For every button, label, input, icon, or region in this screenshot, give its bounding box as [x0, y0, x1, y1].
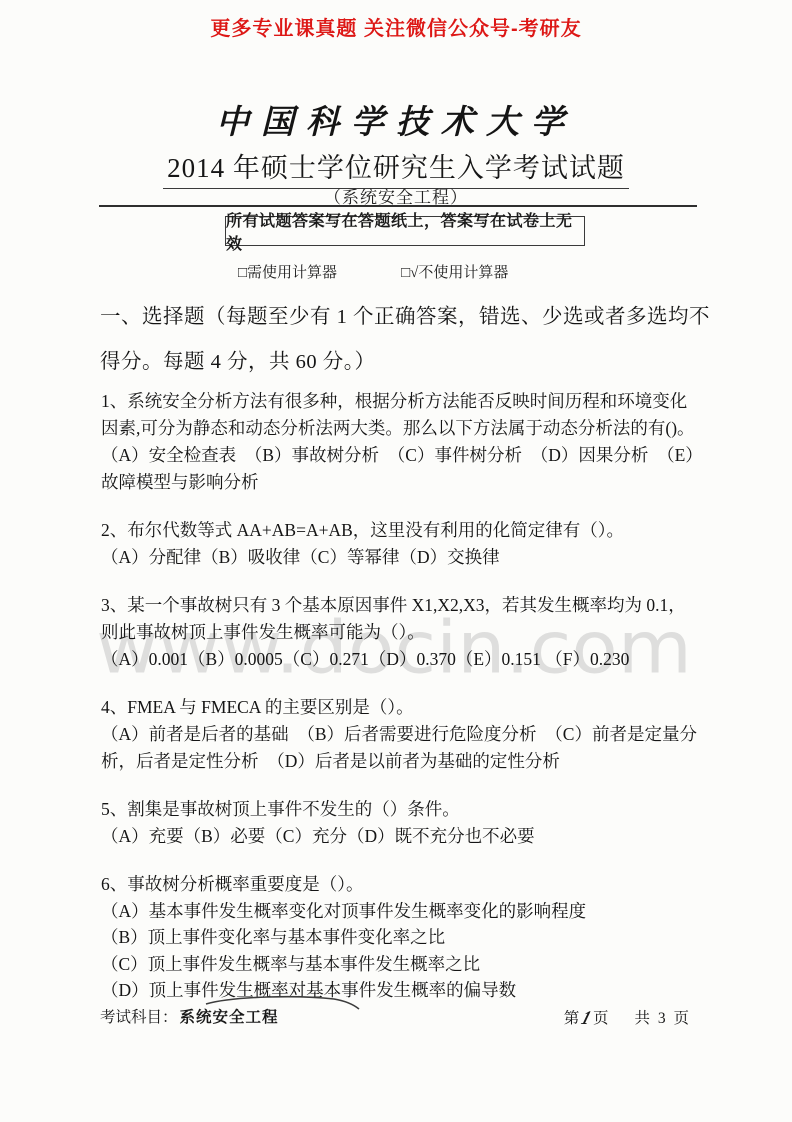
promo-banner: 更多专业课真题 关注微信公众号-考研友 [0, 12, 792, 41]
page-number: 1 [579, 1008, 594, 1031]
question-4-line: 4、FMEA 与 FMECA 的主要区别是（）。 [101, 694, 701, 721]
question-6-option-d: （D）顶上事件发生概率对基本事件发生概率的偏导数 [101, 977, 701, 1004]
page-footer: 考试科目：系统安全工程 第1页共 3 页 [100, 1005, 696, 1035]
question-6-option-b: （B）顶上事件变化率与基本事件变化率之比 [101, 924, 701, 951]
question-2-line: 2、布尔代数等式 AA+AB=A+AB，这里没有利用的化简定律有（）。 [101, 517, 701, 544]
question-2: 2、布尔代数等式 AA+AB=A+AB，这里没有利用的化简定律有（）。 （A）分… [101, 517, 701, 571]
question-3-line: 3、某一个事故树只有 3 个基本原因事件 X1,X2,X3，若其发生概率均为 0… [101, 592, 701, 619]
section-heading-line2: 得分。每题 4 分，共 60 分。） [100, 340, 700, 385]
calc-required-option: □需使用计算器 [238, 261, 337, 282]
notice-text: 所有试题答案写在答题纸上，答案写在试卷上无效 [226, 208, 584, 254]
question-1: 1、系统安全分析方法有很多种，根据分析方法能否反映时间历程和环境变化 因素,可分… [101, 388, 701, 496]
question-6-option-a: （A）基本事件发生概率变化对顶事件发生概率变化的影响程度 [101, 898, 701, 925]
question-1-options: （A）安全检查表 （B）事故树分析 （C）事件树分析 （D）因果分析 （E） [101, 442, 701, 469]
page-indicator: 第1页共 3 页 [564, 1006, 691, 1028]
question-4-options-cont: 析，后者是定性分析 （D）后者是以前者为基础的定性分析 [101, 748, 701, 775]
university-title: 中国科学技术大学 [0, 96, 792, 143]
question-5-line: 5、割集是事故树顶上事件不发生的（）条件。 [101, 796, 701, 823]
exam-subject-label: 考试科目： [100, 1009, 178, 1026]
handwritten-stroke [204, 992, 362, 1010]
exam-paper-page: www.docin.com 更多专业课真题 关注微信公众号-考研友 中国科学技术… [0, 0, 792, 1122]
question-2-options: （A）分配律（B）吸收律（C）等幂律（D）交换律 [101, 544, 701, 571]
question-6-line: 6、事故树分析概率重要度是（）。 [101, 871, 701, 898]
question-6: 6、事故树分析概率重要度是（）。 （A）基本事件发生概率变化对顶事件发生概率变化… [101, 871, 701, 1004]
calculator-options-row: □需使用计算器 □√不使用计算器 [238, 261, 598, 282]
question-list: 1、系统安全分析方法有很多种，根据分析方法能否反映时间历程和环境变化 因素,可分… [101, 388, 701, 1025]
question-3-line: 则此事故树顶上事件发生概率可能为（）。 [101, 619, 701, 646]
page-prefix: 第 [564, 1010, 580, 1027]
exam-subject-value: 系统安全工程 [180, 1009, 279, 1026]
question-4-options: （A）前者是后者的基础 （B）后者需要进行危险度分析 （C）前者是定量分 [101, 721, 701, 748]
question-6-option-c: （C）顶上事件发生概率与基本事件发生概率之比 [101, 951, 701, 978]
section-heading-line1: 一、选择题（每题至少有 1 个正确答案，错选、少选或者多选均不 [100, 295, 700, 340]
total-pages: 共 3 页 [634, 1010, 691, 1027]
question-1-line: 因素,可分为静态和动态分析法两大类。那么以下方法属于动态分析法的有()。 [101, 415, 701, 442]
question-4: 4、FMEA 与 FMECA 的主要区别是（）。 （A）前者是后者的基础 （B）… [101, 694, 701, 775]
question-3: 3、某一个事故树只有 3 个基本原因事件 X1,X2,X3，若其发生概率均为 0… [101, 592, 701, 673]
question-1-line: 1、系统安全分析方法有很多种，根据分析方法能否反映时间历程和环境变化 [101, 388, 701, 415]
question-3-options: （A）0.001（B）0.0005（C）0.271（D）0.370（E）0.15… [101, 646, 701, 673]
calc-not-required-option: □√不使用计算器 [401, 261, 508, 282]
notice-box: 所有试题答案写在答题纸上，答案写在试卷上无效 [225, 216, 585, 246]
section-heading: 一、选择题（每题至少有 1 个正确答案，错选、少选或者多选均不 得分。每题 4 … [100, 295, 700, 385]
header-divider [99, 205, 697, 207]
page-suffix: 页 [593, 1010, 609, 1027]
question-1-options-cont: 故障模型与影响分析 [101, 469, 701, 496]
question-5-options: （A）充要（B）必要（C）充分（D）既不充分也不必要 [101, 823, 701, 850]
question-5: 5、割集是事故树顶上事件不发生的（）条件。 （A）充要（B）必要（C）充分（D）… [101, 796, 701, 850]
